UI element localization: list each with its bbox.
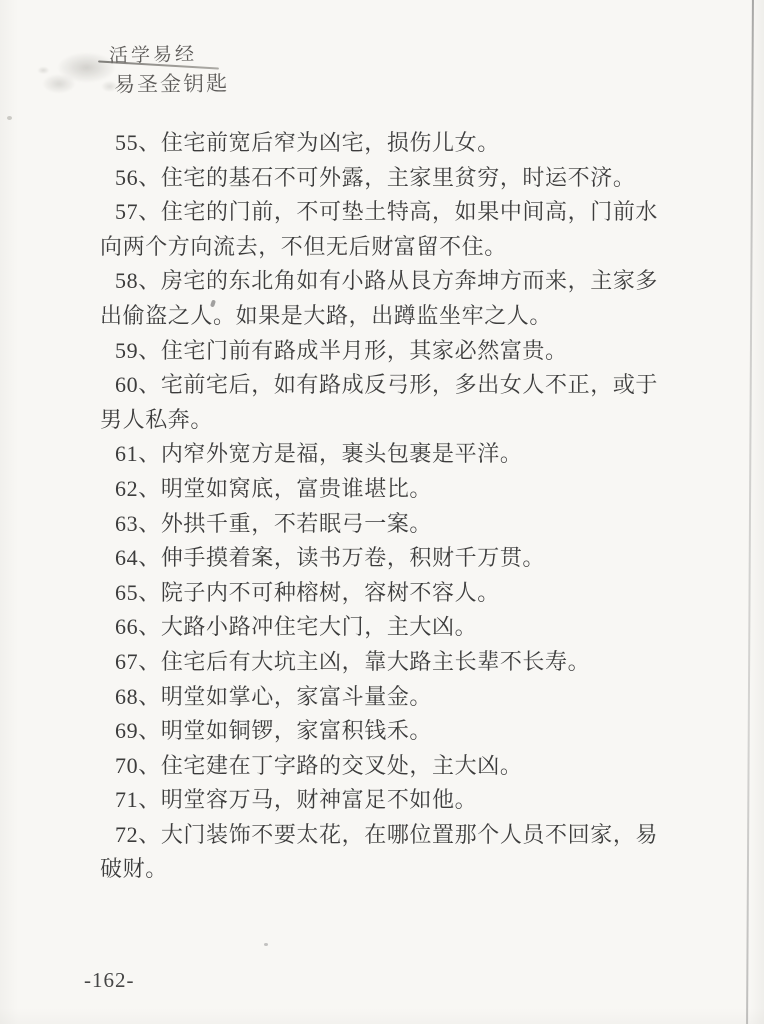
- item-number: 67、: [115, 649, 161, 674]
- item-text: 伸手摸着案，读书万卷，积财千万贯。: [161, 545, 545, 570]
- list-item: 71、明堂容万马，财神富足不如他。: [100, 783, 668, 818]
- list-item: 69、明堂如铜锣，家富积钱禾。: [100, 714, 668, 749]
- list-item: 65、院子内不可种榕树，容树不容人。: [100, 576, 668, 611]
- item-text: 内窄外宽方是福，裹头包裹是平洋。: [161, 441, 523, 466]
- list-item: 72、大门装饰不要太花，在哪位置那个人员不回家，易破财。: [100, 818, 668, 887]
- scan-speck: [264, 943, 268, 946]
- item-text: 住宅前宽后窄为凶宅，损伤儿女。: [161, 130, 500, 155]
- list-item: 67、住宅后有大坑主凶，靠大路主长辈不长寿。: [100, 645, 668, 680]
- content-list: 55、住宅前宽后窄为凶宅，损伤儿女。56、住宅的基石不可外露，主家里贫穷，时运不…: [100, 126, 668, 887]
- page-number: -162-: [84, 968, 135, 993]
- scanned-book-page: 活学易经 易圣金钥匙 55、住宅前宽后窄为凶宅，损伤儿女。56、住宅的基石不可外…: [0, 0, 764, 1024]
- item-number: 59、: [115, 338, 161, 363]
- list-item: 63、外拱千重，不若眠弓一案。: [100, 507, 668, 542]
- item-text: 住宅门前有路成半月形，其家必然富贵。: [161, 338, 568, 363]
- list-item: 68、明堂如掌心，家富斗量金。: [100, 680, 668, 715]
- item-number: 58、: [115, 268, 161, 293]
- list-item: 62、明堂如窝底，富贵谁堪比。: [100, 472, 668, 507]
- item-number: 57、: [115, 199, 161, 224]
- list-item: 64、伸手摸着案，读书万卷，积财千万贯。: [100, 541, 668, 576]
- item-text: 明堂如窝底，富贵谁堪比。: [161, 476, 432, 501]
- item-number: 62、: [115, 476, 161, 501]
- list-item: 55、住宅前宽后窄为凶宅，损伤儿女。: [100, 126, 668, 161]
- item-text: 外拱千重，不若眠弓一案。: [161, 511, 432, 536]
- item-number: 68、: [115, 684, 161, 709]
- item-number: 71、: [115, 787, 161, 812]
- item-text: 住宅建在丁字路的交叉处，主大凶。: [161, 753, 523, 778]
- item-text: 住宅的门前，不可垫土特高，如果中间高，门前水向两个方向流去，不但无后财富留不住。: [100, 199, 658, 259]
- item-text: 明堂容万马，财神富足不如他。: [161, 787, 477, 812]
- list-item: 59、住宅门前有路成半月形，其家必然富贵。: [100, 334, 668, 369]
- item-text: 院子内不可种榕树，容树不容人。: [161, 580, 500, 605]
- item-number: 65、: [115, 580, 161, 605]
- scan-artifact-line: [746, 0, 753, 1024]
- list-item: 56、住宅的基石不可外露，主家里贫穷，时运不济。: [100, 161, 668, 196]
- item-text: 大门装饰不要太花，在哪位置那个人员不回家，易破财。: [100, 822, 658, 882]
- list-item: 61、内窄外宽方是福，裹头包裹是平洋。: [100, 437, 668, 472]
- item-text: 房宅的东北角如有小路从艮方奔坤方而来，主家多出偷盗之人。如果是大路，出蹲监坐牢之…: [100, 268, 658, 328]
- item-text: 住宅后有大坑主凶，靠大路主长辈不长寿。: [161, 649, 590, 674]
- scan-speck: [7, 116, 12, 120]
- list-item: 58、房宅的东北角如有小路从艮方奔坤方而来，主家多出偷盗之人。如果是大路，出蹲监…: [100, 264, 668, 333]
- item-number: 61、: [115, 441, 161, 466]
- item-number: 72、: [115, 822, 161, 847]
- list-item: 57、住宅的门前，不可垫土特高，如果中间高，门前水向两个方向流去，不但无后财富留…: [100, 195, 668, 264]
- item-number: 60、: [115, 372, 161, 397]
- item-text: 明堂如掌心，家富斗量金。: [161, 684, 432, 709]
- header-book-title: 易圣金钥匙: [114, 67, 229, 98]
- list-item: 70、住宅建在丁字路的交叉处，主大凶。: [100, 749, 668, 784]
- item-number: 63、: [115, 511, 161, 536]
- item-number: 56、: [115, 165, 161, 190]
- item-text: 明堂如铜锣，家富积钱禾。: [161, 718, 432, 743]
- item-text: 宅前宅后，如有路成反弓形，多出女人不正，或于男人私奔。: [100, 372, 658, 432]
- list-item: 60、宅前宅后，如有路成反弓形，多出女人不正，或于男人私奔。: [100, 368, 668, 437]
- item-number: 69、: [115, 718, 161, 743]
- item-text: 住宅的基石不可外露，主家里贫穷，时运不济。: [161, 165, 636, 190]
- list-item: 66、大路小路冲住宅大门，主大凶。: [100, 610, 668, 645]
- item-number: 66、: [115, 614, 161, 639]
- item-number: 55、: [115, 130, 161, 155]
- item-number: 70、: [115, 753, 161, 778]
- item-text: 大路小路冲住宅大门，主大凶。: [161, 614, 477, 639]
- item-number: 64、: [115, 545, 161, 570]
